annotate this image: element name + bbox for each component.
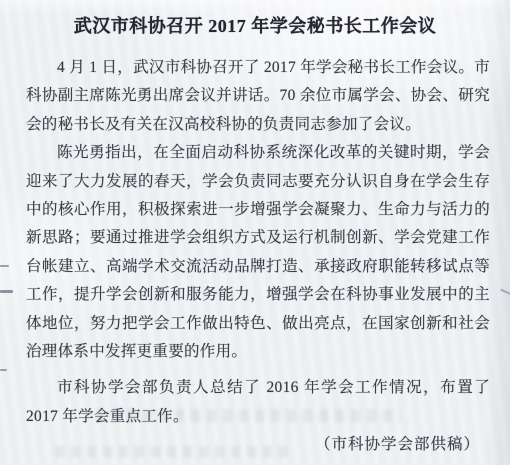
document-body: 4 月 1 日，武汉市科协召开了 2017 年学会秘书长工作会议。市科协副主席陈… [0,38,510,460]
paragraph-3: 市科协学会部负责人总结了 2016 年学会工作情况，布置了 2017 年学会重点… [26,374,490,431]
paragraph-1: 4 月 1 日，武汉市科协召开了 2017 年学会秘书长工作会议。市科协副主席陈… [26,54,490,139]
scan-artifact-left-mark-2 [0,290,13,293]
document-title: 武汉市科协召开 2017 年学会秘书长工作会议 [0,0,510,38]
scan-artifact-left-mark-3 [0,369,7,371]
scan-artifact-left-mark-1 [0,265,9,267]
byline: （市科协学会部供稿） [26,431,490,459]
scanned-document-page: 武汉市科协召开 2017 年学会秘书长工作会议 4 月 1 日，武汉市科协召开了… [0,0,510,465]
paragraph-2: 陈光勇指出，在全面启动科协系统深化改革的关键时期，学会迎来了大力发展的春天，学会… [26,139,490,366]
